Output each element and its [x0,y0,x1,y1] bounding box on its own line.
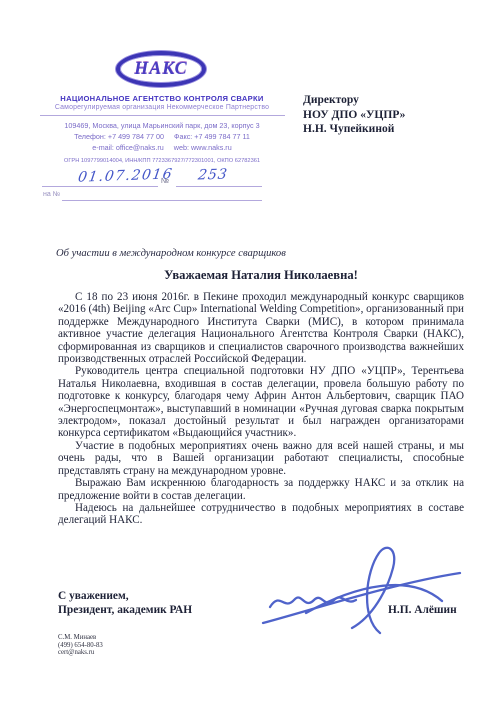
letter-body: С 18 по 23 июня 2016г. в Пекине проходил… [58,291,464,527]
salutation: Уважаемая Наталия Николаевна! [58,268,464,283]
naks-logo: НАКС [116,51,206,87]
postal-address: 109469, Москва, улица Марьинский парк, д… [38,121,286,130]
body-paragraph: Участие в подобных мероприятиях очень ва… [58,440,464,477]
naks-logo-text: НАКС [134,58,187,79]
handwritten-outgoing-number: 253 [197,166,229,183]
recipient-block: Директору НОУ ДПО «УЦПР» Н.Н. Чупейкиной [303,93,405,137]
date-underline [42,186,158,187]
body-paragraph: Выражаю Вам искреннюю благодарность за п… [58,477,464,502]
body-paragraph: Руководитель центра специальной подготов… [58,365,464,439]
handwritten-signature [260,543,465,641]
closing-block: С уважением, Президент, академик РАН [58,590,192,617]
organization-name: НАЦИОНАЛЬНОЕ АГЕНТСТВО КОНТРОЛЯ СВАРКИ [38,94,286,103]
handwritten-date: 01.07.2016 [77,166,174,185]
executor-email: cert@naks.ru [58,649,103,657]
number-sign: № [161,176,169,185]
organization-subtitle: Саморегулируемая организация Некоммерчес… [38,104,286,111]
signer-title: Президент, академик РАН [58,604,192,618]
email-web-line: e-mail: office@naks.ruweb: www.naks.ru [38,143,286,152]
reference-number-label: на № [43,191,60,198]
recipient-organization: НОУ ДПО «УЦПР» [303,108,405,123]
email-address: e-mail: office@naks.ru [92,143,163,152]
letter-subject: Об участии в международном конкурсе свар… [56,248,286,259]
body-paragraph: С 18 по 23 июня 2016г. в Пекине проходил… [58,291,464,365]
fax-number: Факс: +7 499 784 77 11 [174,132,250,141]
recipient-position: Директору [303,93,405,108]
executor-name: С.М. Минаев [58,634,103,642]
number-underline [176,186,262,187]
phone-number: Телефон: +7 499 784 77 00 [74,132,164,141]
executor-phone: (499) 654-80-83 [58,642,103,650]
body-paragraph: Надеюсь на дальнейшее сотрудничество в п… [58,502,464,527]
reference-underline [62,200,262,201]
recipient-name: Н.Н. Чупейкиной [303,122,405,137]
closing-regards: С уважением, [58,590,192,604]
web-address: web: www.naks.ru [174,143,232,152]
phone-fax-line: Телефон: +7 499 784 77 00Факс: +7 499 78… [38,132,286,141]
executor-block: С.М. Минаев (499) 654-80-83 cert@naks.ru [58,634,103,657]
registration-numbers: ОГРН 1097799014004, ИНН/КПП 7723367927/7… [30,158,294,164]
letterhead-divider [40,115,285,116]
letter-page: НАКС НАЦИОНАЛЬНОЕ АГЕНТСТВО КОНТРОЛЯ СВА… [0,0,500,706]
signer-name: Н.П. Алёшин [388,604,457,616]
